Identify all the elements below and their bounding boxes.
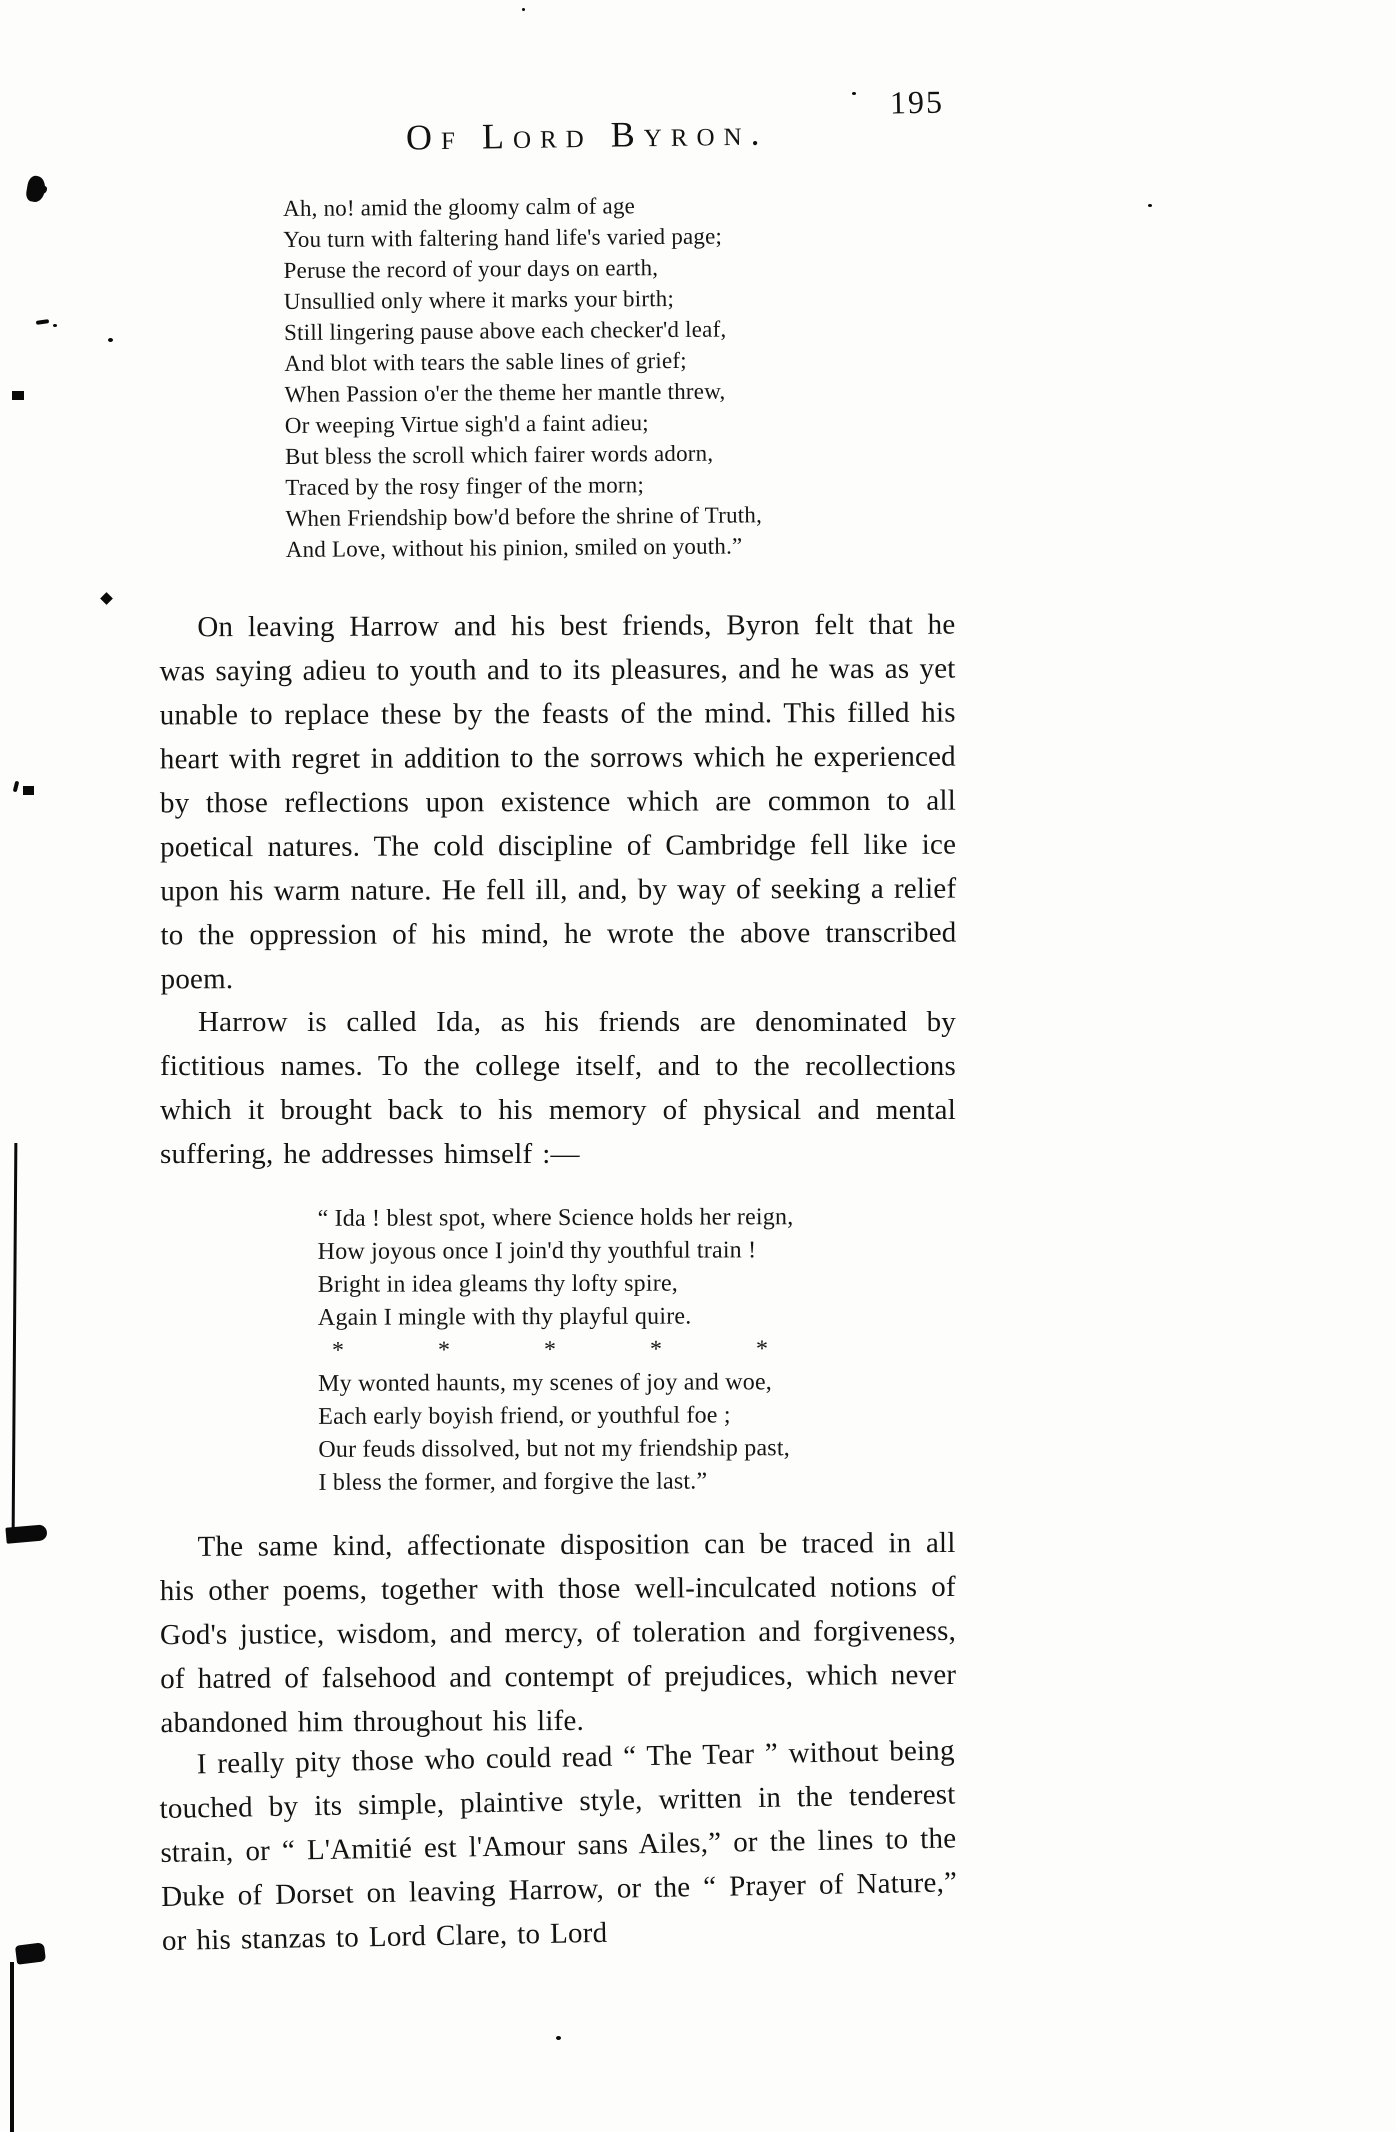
body-paragraph-4: I really pity those who could read “ The… xyxy=(158,1728,958,1963)
stanza-break-asterisks: * * * * * xyxy=(318,1333,956,1368)
poem-line: I bless the former, and forgive the last… xyxy=(318,1465,956,1500)
body-paragraph-2: Harrow is called Ida, as his friends are… xyxy=(160,1000,956,1176)
scan-speck xyxy=(556,2036,561,2040)
body-paragraph-3: The same kind, affectionate disposition … xyxy=(159,1521,956,1745)
page-number: 195 xyxy=(890,84,945,122)
poem-line: Bright in idea gleams thy lofty spire, xyxy=(318,1267,956,1302)
text-column: Ah, no! amid the gloomy calm of age You … xyxy=(160,194,956,1963)
poem-line: And Love, without his pinion, smiled on … xyxy=(286,529,959,565)
margin-tick-mark xyxy=(13,781,20,793)
running-header: Of Lord Byron. xyxy=(406,111,769,158)
margin-pen-dash xyxy=(36,319,49,325)
scan-speck xyxy=(852,92,856,95)
margin-vertical-line xyxy=(10,1962,14,2132)
margin-ink-blot xyxy=(38,186,47,194)
margin-speck xyxy=(53,324,57,327)
margin-speck xyxy=(108,338,113,342)
poem-line: “ Ida ! blest spot, where Science holds … xyxy=(317,1201,955,1236)
margin-square-mark xyxy=(23,786,34,795)
scan-speck xyxy=(1148,204,1152,207)
margin-pen-flag xyxy=(15,1942,46,1964)
poem-line: Our feuds dissolved, but not my friendsh… xyxy=(318,1432,956,1467)
poem-line: How joyous once I join'd thy youthful tr… xyxy=(318,1234,956,1269)
margin-diamond-mark xyxy=(100,592,113,605)
poem-line: Each early boyish friend, or youthful fo… xyxy=(318,1399,956,1434)
scanned-book-page: Of Lord Byron. 195 Ah, no! amid the gloo… xyxy=(0,0,1396,2132)
margin-vertical-line xyxy=(12,1143,18,1533)
poem-block-second: “ Ida ! blest spot, where Science holds … xyxy=(159,1201,956,1501)
poem-line: My wonted haunts, my scenes of joy and w… xyxy=(318,1366,956,1401)
poem-line: Again I mingle with thy playful quire. xyxy=(318,1300,956,1335)
scan-speck xyxy=(522,8,525,11)
body-paragraph-1: On leaving Harrow and his best friends, … xyxy=(159,603,956,1002)
margin-square-mark xyxy=(12,391,24,400)
poem-block-first: Ah, no! amid the gloomy calm of age You … xyxy=(160,188,959,566)
margin-pen-arrow xyxy=(5,1524,47,1544)
